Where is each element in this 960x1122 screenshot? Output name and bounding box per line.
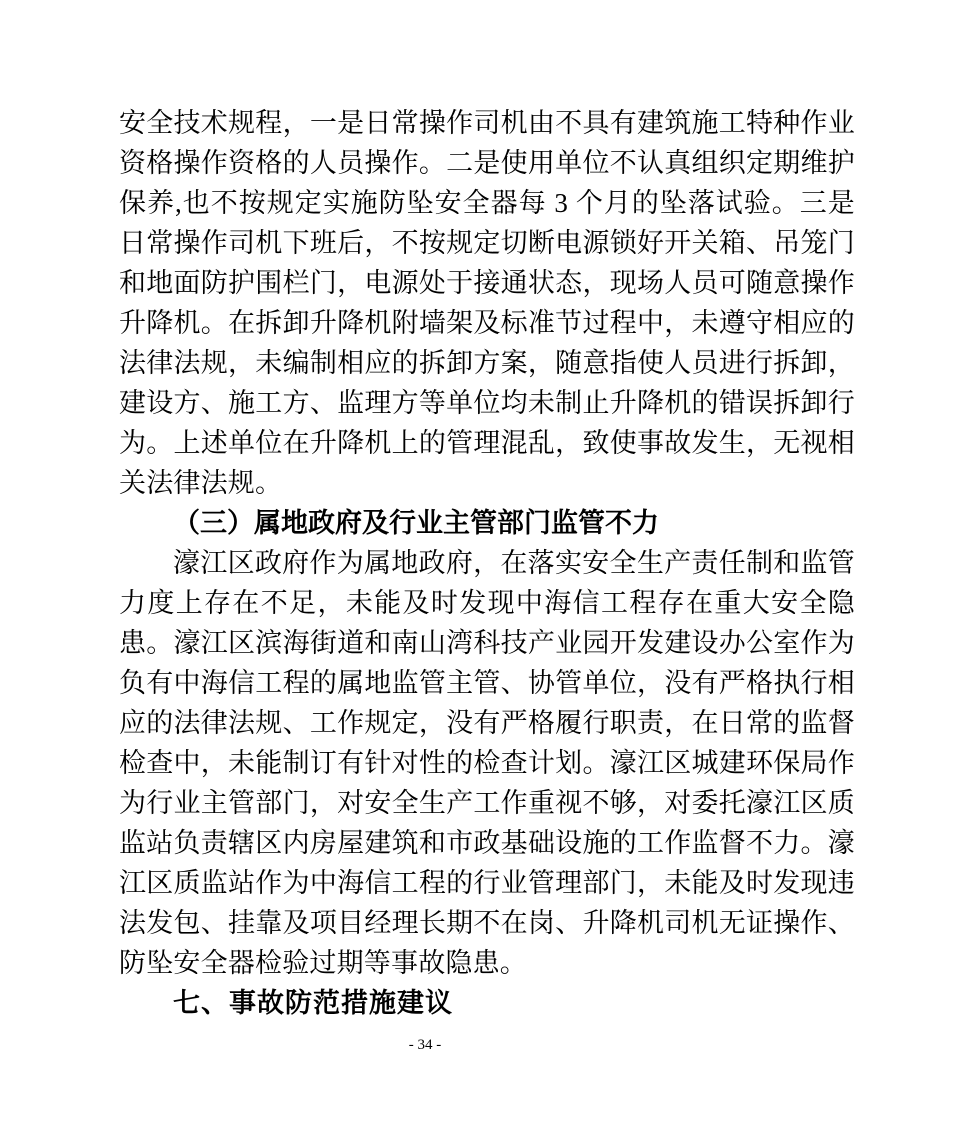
section-heading-seven: 七、事故防范措施建议: [119, 983, 855, 1023]
document-page: 安全技术规程，一是日常操作司机由不具有建筑施工特种作业资格操作资格的人员操作。二…: [0, 0, 960, 1122]
paragraph-supervision: 濠江区政府作为属地政府，在落实安全生产责任制和监管力度上存在不足，未能及时发现中…: [119, 543, 855, 983]
paragraph-continuation: 安全技术规程，一是日常操作司机由不具有建筑施工特种作业资格操作资格的人员操作。二…: [119, 103, 855, 503]
section-heading-three: （三）属地政府及行业主管部门监管不力: [119, 503, 855, 543]
page-number: - 34 -: [409, 1035, 442, 1055]
